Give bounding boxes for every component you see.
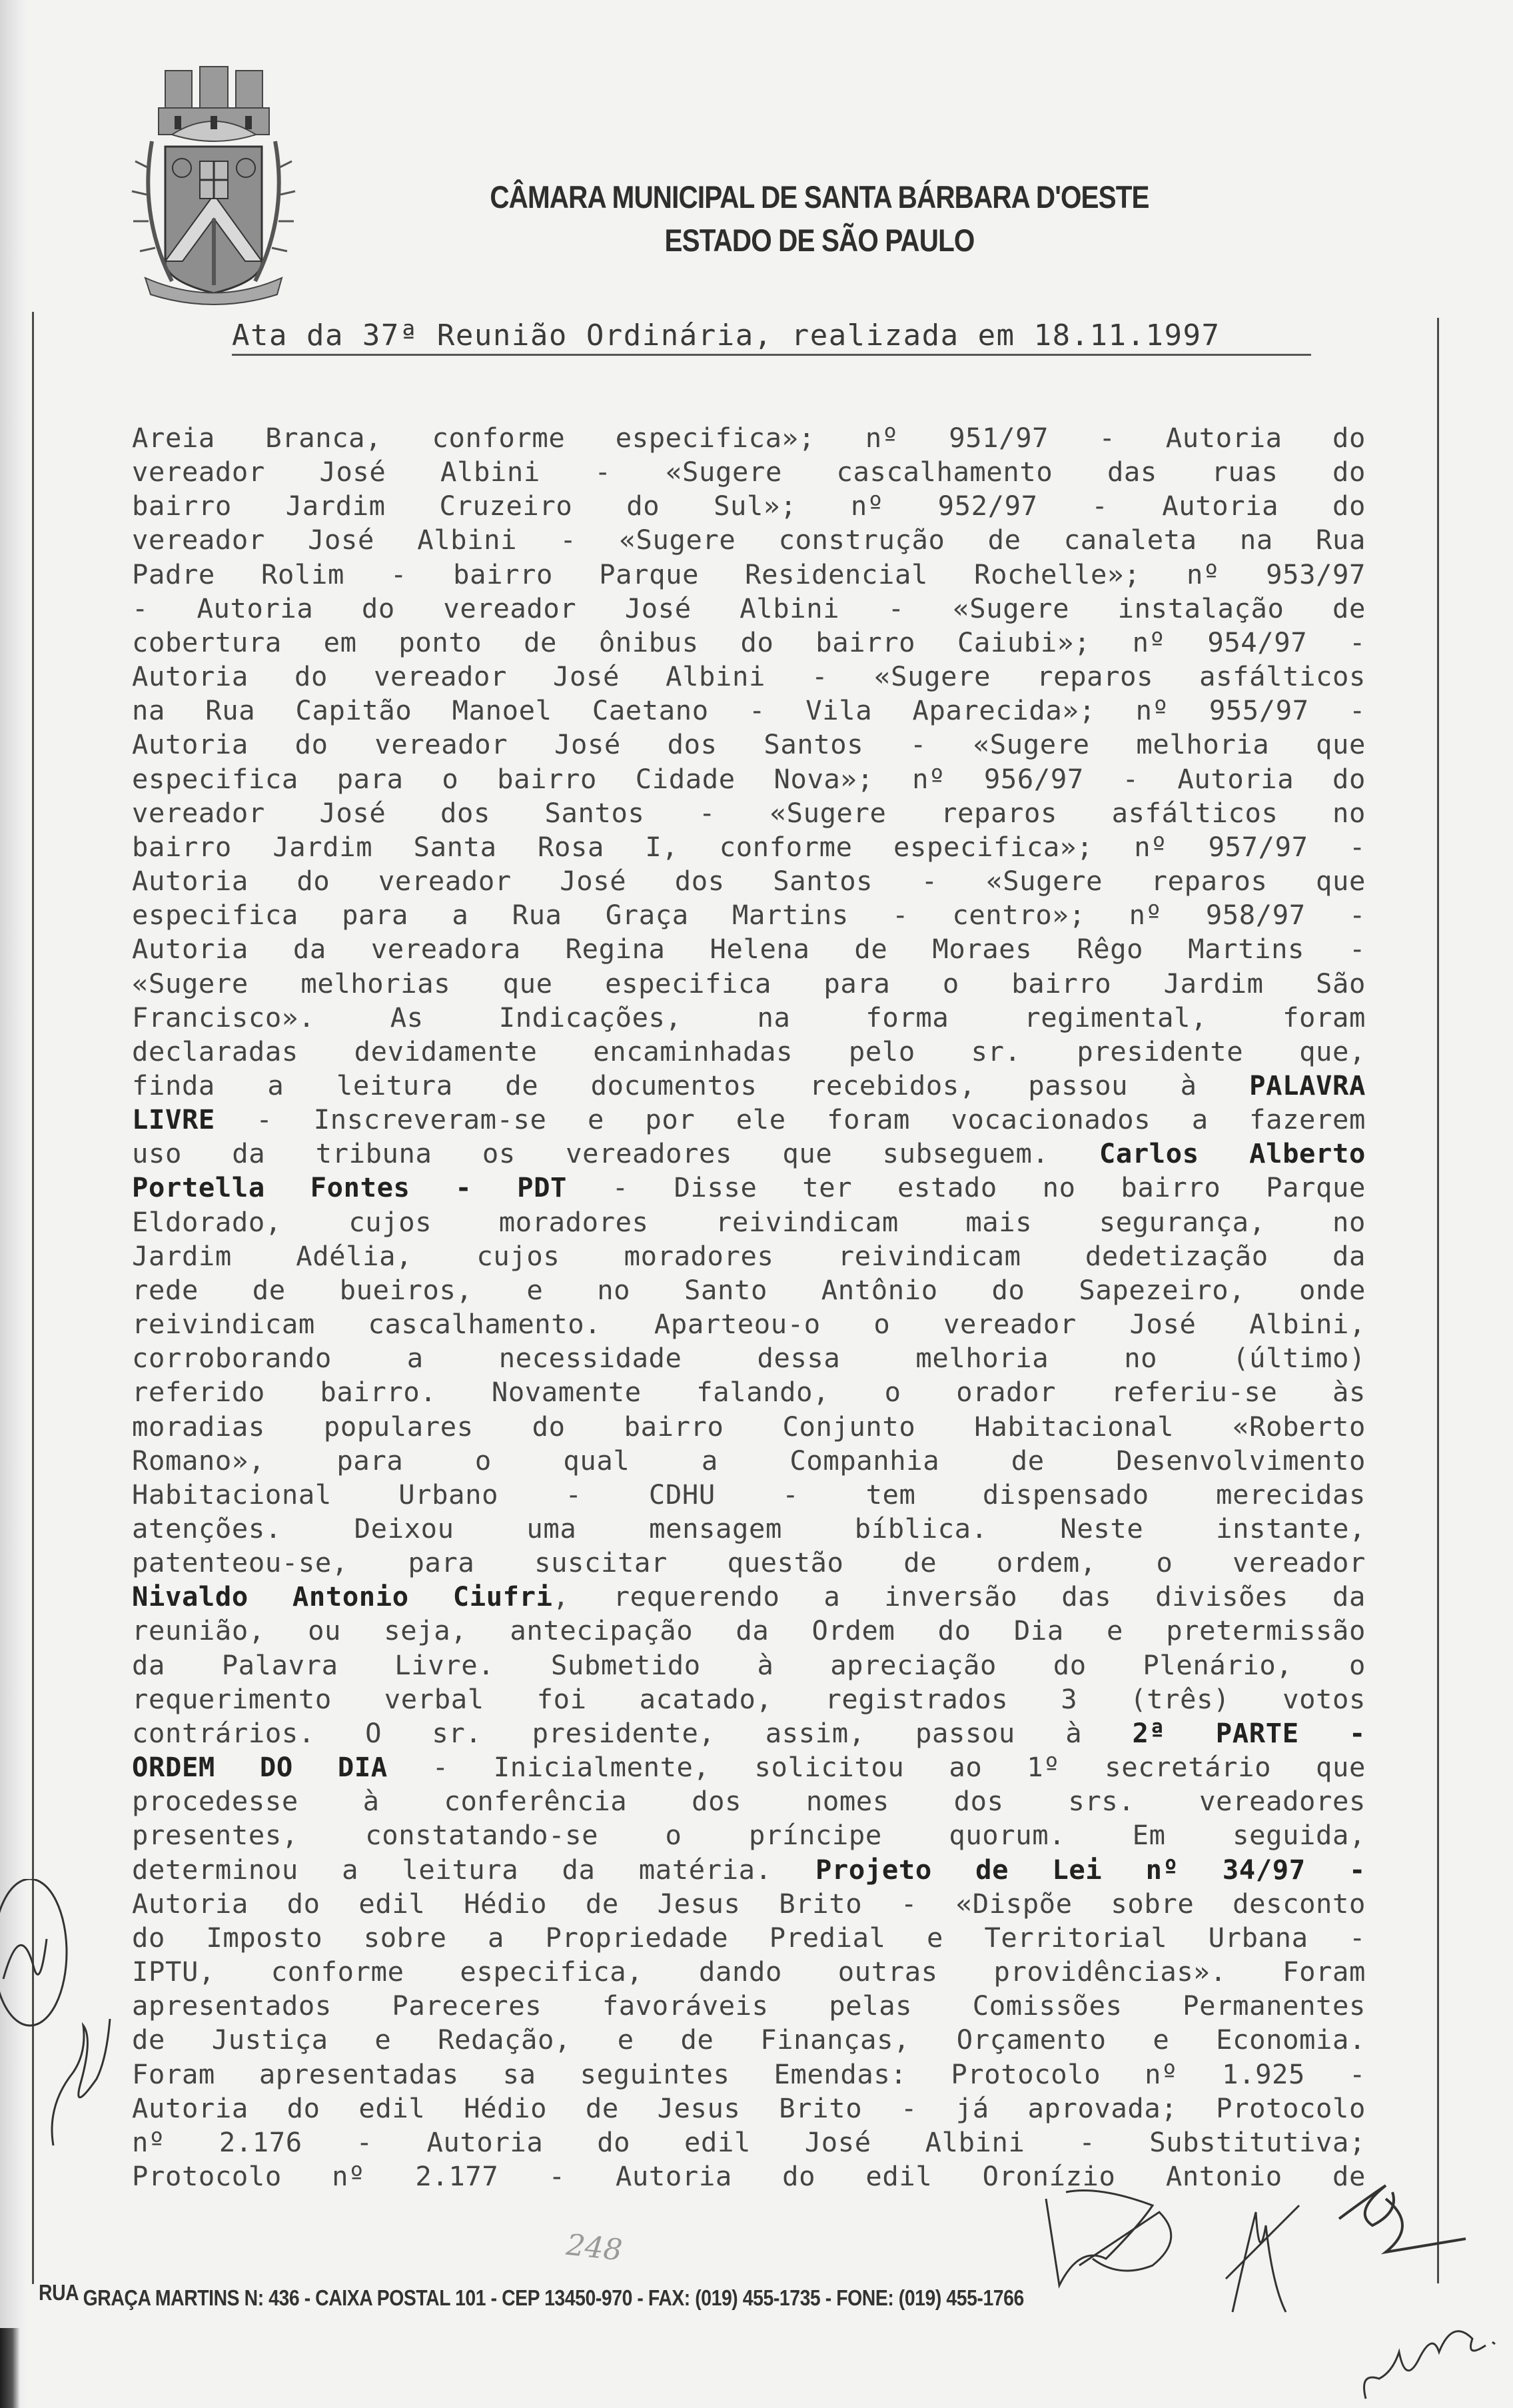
text-line: Autoria do vereador José dos Santos - «S… bbox=[132, 864, 1366, 898]
text-segment: atenções. Deixou uma mensagem bíblica. N… bbox=[132, 1512, 1366, 1544]
footer-address: RUA GRAÇA MARTINS N: 436 - CAIXA POSTAL … bbox=[39, 2285, 1253, 2311]
text-line: Francisco». As Indicações, na forma regi… bbox=[132, 1001, 1366, 1035]
text-line: corroborando a necessidade dessa melhori… bbox=[132, 1341, 1366, 1375]
text-segment: Habitacional Urbano - CDHU - tem dispens… bbox=[132, 1479, 1366, 1510]
signature-bottom-right bbox=[1359, 2305, 1506, 2405]
text-segment: finda a leitura de documentos recebidos,… bbox=[132, 1069, 1249, 1101]
text-line: Autoria do edil Hédio de Jesus Brito - j… bbox=[132, 2092, 1366, 2125]
text-segment: Autoria do edil Hédio de Jesus Brito - «… bbox=[132, 1888, 1366, 1920]
bold-text-segment: ORDEM DO DIA bbox=[132, 1751, 388, 1783]
text-line: Eldorado, cujos moradores reivindicam ma… bbox=[132, 1205, 1366, 1239]
text-line: Nivaldo Antonio Ciufri, requerendo a inv… bbox=[132, 1580, 1366, 1614]
text-segment: apresentados Pareceres favoráveis pelas … bbox=[132, 1990, 1366, 2022]
text-line: LIVRE - Inscreveram-se e por ele foram v… bbox=[132, 1103, 1366, 1137]
text-segment: Foram apresentadas sa seguintes Emendas:… bbox=[132, 2058, 1366, 2090]
bold-text-segment: LIVRE bbox=[132, 1103, 215, 1135]
text-segment: rede de bueiros, e no Santo Antônio do S… bbox=[132, 1274, 1366, 1306]
text-segment: uso da tribuna os vereadores que subsegu… bbox=[132, 1137, 1099, 1169]
text-segment: na Rua Capitão Manoel Caetano - Vila Apa… bbox=[132, 694, 1366, 726]
footer-address-text: GRAÇA MARTINS N: 436 - CAIXA POSTAL 101 … bbox=[78, 2285, 1024, 2310]
text-segment: vereador José dos Santos - «Sugere repar… bbox=[132, 797, 1366, 829]
text-line: vereador José Albini - «Sugere construçã… bbox=[132, 523, 1366, 557]
signature-bottom-1 bbox=[1039, 2185, 1219, 2292]
text-segment: Areia Branca, conforme especifica»; nº 9… bbox=[132, 422, 1366, 454]
text-line: bairro Jardim Cruzeiro do Sul»; nº 952/9… bbox=[132, 489, 1366, 523]
text-line: de Justiça e Redação, e de Finanças, Orç… bbox=[132, 2023, 1366, 2057]
scan-edge-shadow bbox=[0, 0, 27, 2408]
text-line: especifica para a Rua Graça Martins - ce… bbox=[132, 898, 1366, 932]
text-line: uso da tribuna os vereadores que subsegu… bbox=[132, 1137, 1366, 1171]
text-segment: especifica para o bairro Cidade Nova»; n… bbox=[132, 763, 1366, 795]
text-line: nº 2.176 - Autoria do edil José Albini -… bbox=[132, 2125, 1366, 2159]
text-segment: Autoria do vereador José dos Santos - «S… bbox=[132, 865, 1366, 897]
text-segment: do Imposto sobre a Propriedade Predial e… bbox=[132, 1922, 1366, 1954]
text-segment: Autoria da vereadora Regina Helena de Mo… bbox=[132, 933, 1366, 965]
org-state: ESTADO DE SÃO PAULO bbox=[344, 222, 1295, 259]
handwritten-page-number: 248 bbox=[565, 2228, 624, 2267]
text-line: referido bairro. Novamente falando, o or… bbox=[132, 1375, 1366, 1409]
text-segment: IPTU, conforme especifica, dando outras … bbox=[132, 1956, 1366, 1988]
text-segment: especifica para a Rua Graça Martins - ce… bbox=[132, 899, 1366, 931]
scan-corner-shadow bbox=[0, 2328, 20, 2408]
text-segment: presentes, constatando-se o príncipe quo… bbox=[132, 1819, 1366, 1851]
bold-text-segment: Projeto de Lei nº 34/97 - bbox=[815, 1854, 1366, 1886]
text-line: finda a leitura de documentos recebidos,… bbox=[132, 1069, 1366, 1103]
document-title: Ata da 37ª Reunião Ordinária, realizada … bbox=[232, 318, 1311, 356]
text-line: Portella Fontes - PDT - Disse ter estado… bbox=[132, 1171, 1366, 1205]
text-segment: determinou a leitura da matéria. bbox=[132, 1854, 815, 1886]
text-segment: Autoria do vereador José dos Santos - «S… bbox=[132, 728, 1366, 760]
text-line: vereador José dos Santos - «Sugere repar… bbox=[132, 796, 1366, 830]
text-line: Romano», para o qual a Companhia de Dese… bbox=[132, 1444, 1366, 1478]
text-segment: reivindicam cascalhamento. Aparteou-o o … bbox=[132, 1308, 1366, 1340]
text-segment: vereador José Albini - «Sugere cascalham… bbox=[132, 456, 1366, 488]
signature-bottom-3 bbox=[1326, 2172, 1479, 2265]
text-line: Padre Rolim - bairro Parque Residencial … bbox=[132, 558, 1366, 592]
text-segment: - Inicialmente, solicitou ao 1º secretár… bbox=[388, 1751, 1366, 1783]
text-line: declaradas devidamente encaminhadas pelo… bbox=[132, 1035, 1366, 1069]
text-segment: contrários. O sr. presidente, assim, pas… bbox=[132, 1717, 1133, 1749]
text-segment: vereador José Albini - «Sugere construçã… bbox=[132, 524, 1366, 556]
text-segment: da Palavra Livre. Submetido à apreciação… bbox=[132, 1649, 1366, 1681]
text-line: contrários. O sr. presidente, assim, pas… bbox=[132, 1716, 1366, 1750]
text-line: Autoria do edil Hédio de Jesus Brito - «… bbox=[132, 1887, 1366, 1921]
bold-text-segment: 2ª PARTE - bbox=[1133, 1717, 1366, 1749]
text-segment: «Sugere melhorias que especifica para o … bbox=[132, 967, 1366, 999]
signature-left-margin-2 bbox=[47, 1999, 113, 2152]
text-segment: - Autoria do vereador José Albini - «Sug… bbox=[132, 592, 1366, 624]
text-line: reunião, ou seja, antecipação da Ordem d… bbox=[132, 1614, 1366, 1648]
text-line: apresentados Pareceres favoráveis pelas … bbox=[132, 1989, 1366, 2023]
text-line: Areia Branca, conforme especifica»; nº 9… bbox=[132, 421, 1366, 455]
text-line: moradias populares do bairro Conjunto Ha… bbox=[132, 1410, 1366, 1444]
minutes-body: Areia Branca, conforme especifica»; nº 9… bbox=[132, 421, 1366, 2193]
text-line: «Sugere melhorias que especifica para o … bbox=[132, 967, 1366, 1001]
text-line: requerimento verbal foi acatado, registr… bbox=[132, 1682, 1366, 1716]
text-segment: referido bairro. Novamente falando, o or… bbox=[132, 1376, 1366, 1408]
text-line: do Imposto sobre a Propriedade Predial e… bbox=[132, 1921, 1366, 1955]
text-line: atenções. Deixou uma mensagem bíblica. N… bbox=[132, 1512, 1366, 1546]
text-line: Autoria da vereadora Regina Helena de Mo… bbox=[132, 932, 1366, 966]
text-line: IPTU, conforme especifica, dando outras … bbox=[132, 1955, 1366, 1989]
text-line: rede de bueiros, e no Santo Antônio do S… bbox=[132, 1273, 1366, 1307]
text-line: ORDEM DO DIA - Inicialmente, solicitou a… bbox=[132, 1750, 1366, 1784]
text-line: determinou a leitura da matéria. Projeto… bbox=[132, 1853, 1366, 1887]
text-segment: de Justiça e Redação, e de Finanças, Orç… bbox=[132, 2024, 1366, 2056]
text-segment: moradias populares do bairro Conjunto Ha… bbox=[132, 1411, 1366, 1443]
text-segment: corroborando a necessidade dessa melhori… bbox=[132, 1342, 1366, 1374]
text-line: presentes, constatando-se o príncipe quo… bbox=[132, 1818, 1366, 1852]
bold-text-segment: Nivaldo Antonio Ciufri bbox=[132, 1580, 553, 1612]
text-segment: requerimento verbal foi acatado, registr… bbox=[132, 1683, 1366, 1715]
text-line: reivindicam cascalhamento. Aparteou-o o … bbox=[132, 1307, 1366, 1341]
text-segment: - Inscreveram-se e por ele foram vocacio… bbox=[215, 1103, 1366, 1135]
footer-address-prefix: RUA bbox=[39, 2280, 78, 2305]
text-line: da Palavra Livre. Submetido à apreciação… bbox=[132, 1648, 1366, 1682]
text-line: na Rua Capitão Manoel Caetano - Vila Apa… bbox=[132, 694, 1366, 728]
text-segment: reunião, ou seja, antecipação da Ordem d… bbox=[132, 1614, 1366, 1646]
text-segment: bairro Jardim Santa Rosa I, conforme esp… bbox=[132, 831, 1366, 863]
text-segment: Eldorado, cujos moradores reivindicam ma… bbox=[132, 1206, 1366, 1238]
text-segment: Romano», para o qual a Companhia de Dese… bbox=[132, 1445, 1366, 1477]
text-segment: Padre Rolim - bairro Parque Residencial … bbox=[132, 558, 1366, 590]
text-line: procedesse à conferência dos nomes dos s… bbox=[132, 1784, 1366, 1818]
text-segment: declaradas devidamente encaminhadas pelo… bbox=[132, 1035, 1366, 1067]
text-segment: Jardim Adélia, cujos moradores reivindic… bbox=[132, 1240, 1366, 1272]
text-line: especifica para o bairro Cidade Nova»; n… bbox=[132, 762, 1366, 796]
text-segment: nº 2.176 - Autoria do edil José Albini -… bbox=[132, 2126, 1366, 2158]
text-segment: Autoria do vereador José Albini - «Suger… bbox=[132, 660, 1366, 692]
text-segment: procedesse à conferência dos nomes dos s… bbox=[132, 1785, 1366, 1817]
page-frame-right-rule bbox=[1437, 318, 1439, 2283]
text-segment: Autoria do edil Hédio de Jesus Brito - j… bbox=[132, 2092, 1366, 2124]
text-line: patenteou-se, para suscitar questão de o… bbox=[132, 1546, 1366, 1580]
text-segment: Francisco». As Indicações, na forma regi… bbox=[132, 1001, 1366, 1033]
text-line: - Autoria do vereador José Albini - «Sug… bbox=[132, 592, 1366, 626]
bold-text-segment: PALAVRA bbox=[1249, 1069, 1366, 1101]
text-segment: , requerendo a inversão das divisões da bbox=[553, 1580, 1366, 1612]
text-line: vereador José Albini - «Sugere cascalham… bbox=[132, 455, 1366, 489]
bold-text-segment: Carlos Alberto bbox=[1099, 1137, 1366, 1169]
text-line: Jardim Adélia, cujos moradores reivindic… bbox=[132, 1239, 1366, 1273]
text-line: Foram apresentadas sa seguintes Emendas:… bbox=[132, 2058, 1366, 2092]
text-segment: bairro Jardim Cruzeiro do Sul»; nº 952/9… bbox=[132, 490, 1366, 522]
text-line: Autoria do vereador José Albini - «Suger… bbox=[132, 660, 1366, 694]
text-line: Habitacional Urbano - CDHU - tem dispens… bbox=[132, 1478, 1366, 1512]
text-line: bairro Jardim Santa Rosa I, conforme esp… bbox=[132, 830, 1366, 864]
org-name: CÂMARA MUNICIPAL DE SANTA BÁRBARA D'OEST… bbox=[344, 179, 1295, 215]
text-segment: - Disse ter estado no bairro Parque bbox=[567, 1171, 1366, 1203]
bold-text-segment: Portella Fontes - PDT bbox=[132, 1171, 567, 1203]
text-segment: cobertura em ponto de ônibus do bairro C… bbox=[132, 626, 1366, 658]
text-line: cobertura em ponto de ônibus do bairro C… bbox=[132, 626, 1366, 660]
text-line: Autoria do vereador José dos Santos - «S… bbox=[132, 728, 1366, 762]
text-segment: patenteou-se, para suscitar questão de o… bbox=[132, 1546, 1366, 1578]
coat-of-arms-icon bbox=[119, 61, 308, 308]
